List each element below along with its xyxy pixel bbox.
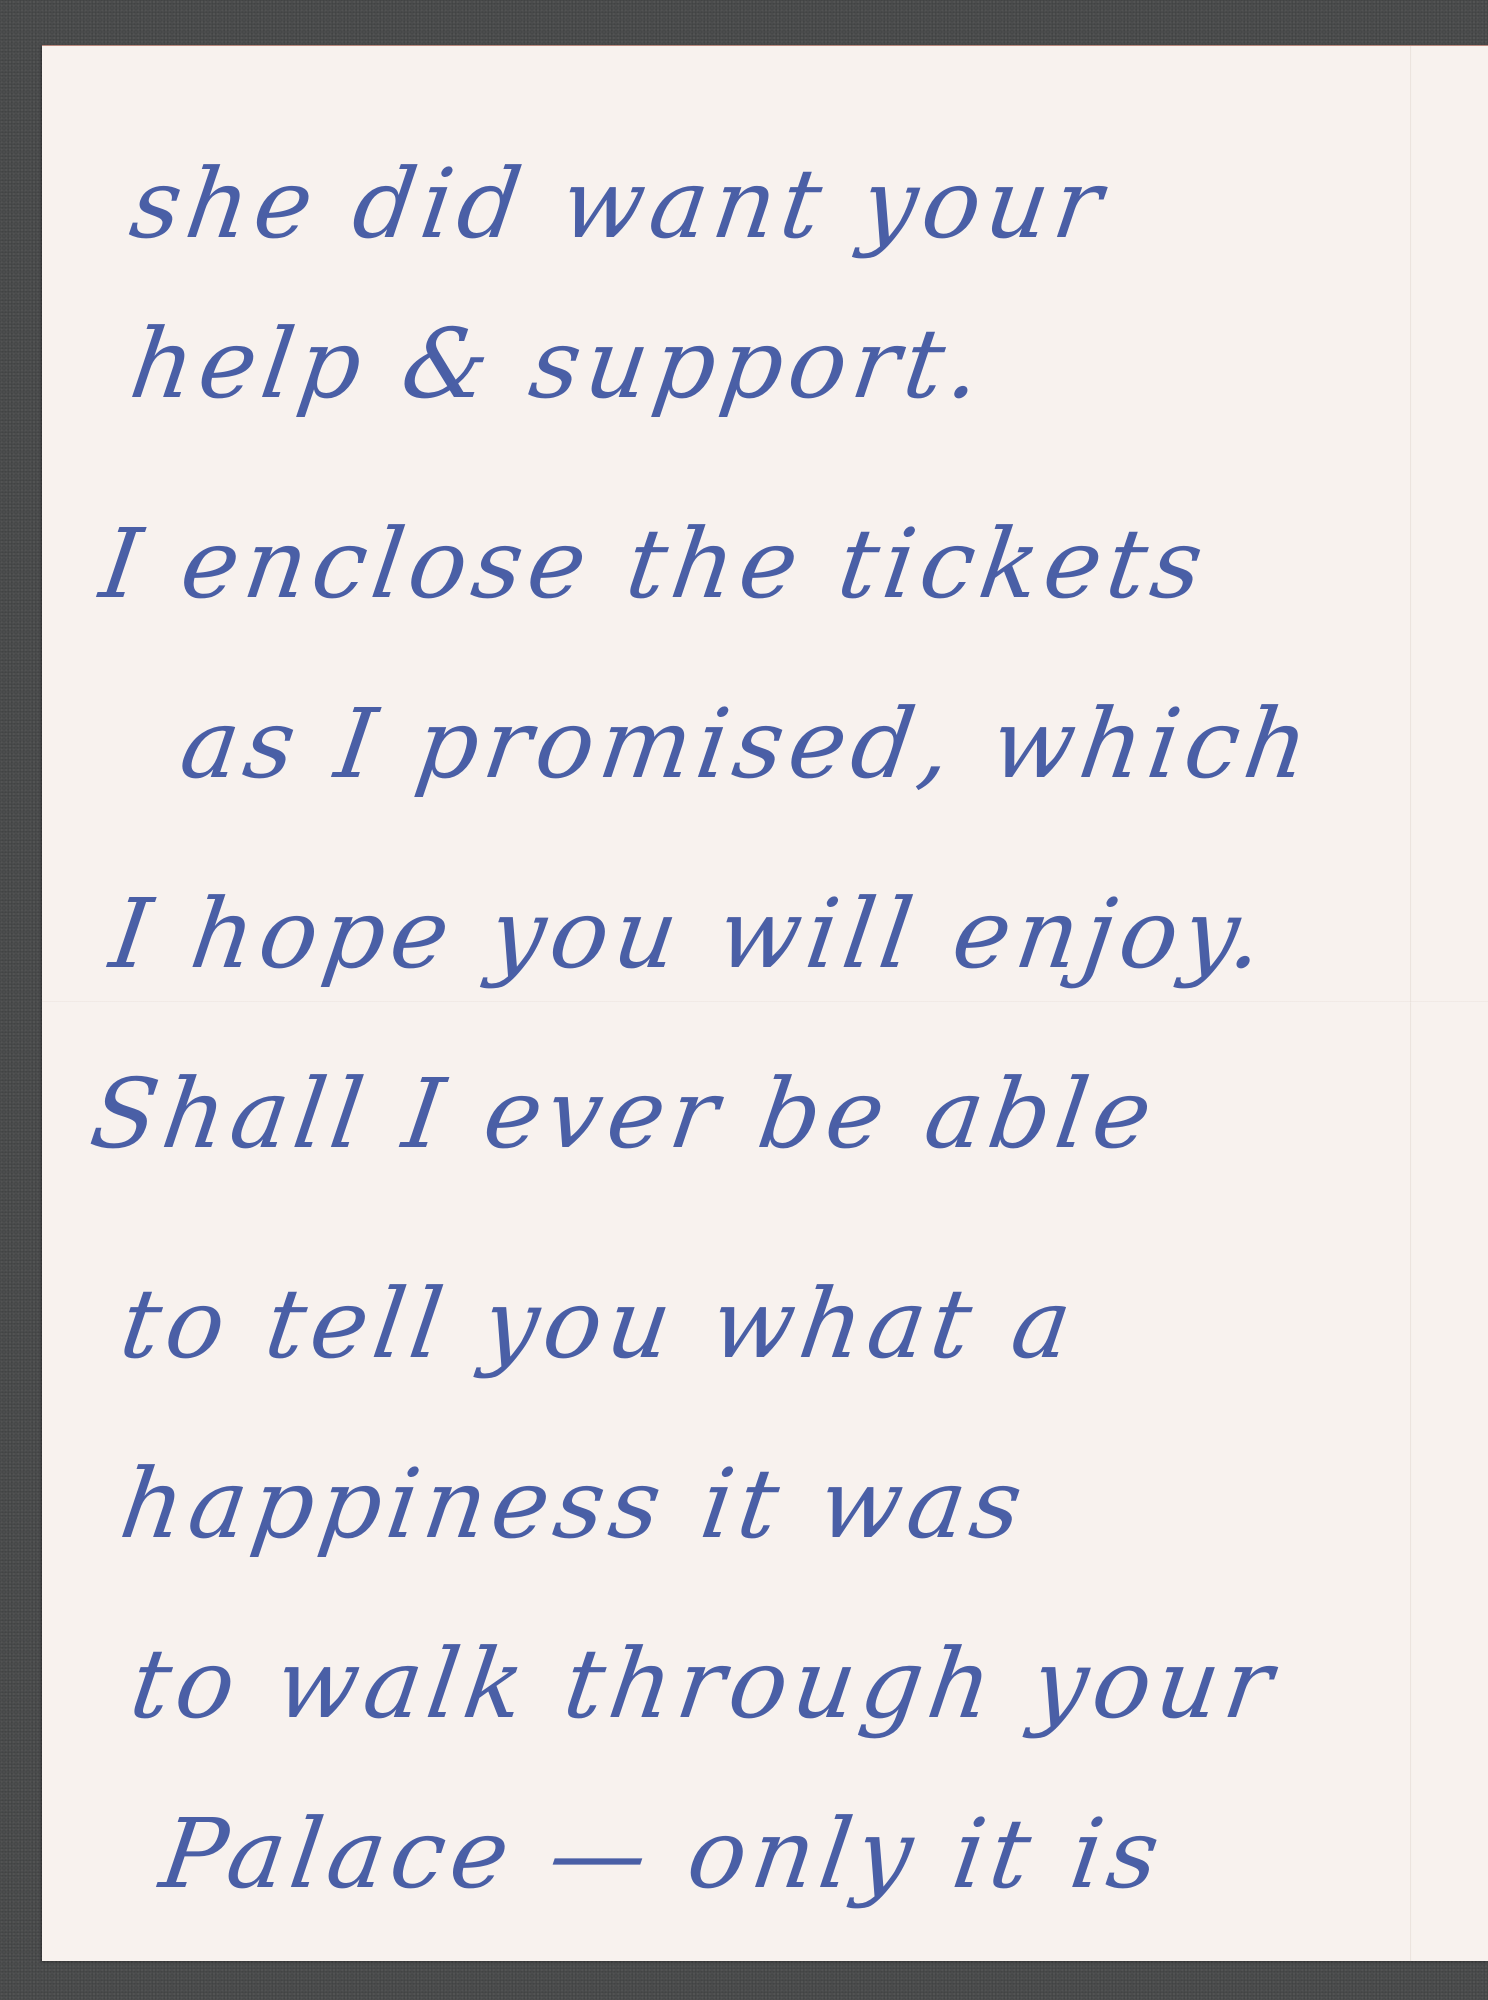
- horizontal-fold-crease: [42, 1001, 1488, 1003]
- handwritten-line-6: Shall I ever be able: [85, 1066, 1163, 1162]
- handwritten-line-2: help & support.: [125, 316, 993, 412]
- handwritten-line-3: I enclose the tickets: [95, 516, 1214, 612]
- handwritten-line-9: to walk through your: [125, 1636, 1284, 1732]
- handwritten-line-5: I hope you will enjoy.: [105, 886, 1275, 982]
- handwritten-line-7: to tell you what a: [115, 1276, 1083, 1372]
- handwritten-line-10: Palace — only it is: [155, 1806, 1170, 1902]
- vertical-fold-crease: [1410, 46, 1412, 1961]
- handwritten-line-4: as I promised, which: [175, 696, 1320, 792]
- letter-page: she did want your help & support. I encl…: [42, 45, 1488, 1961]
- handwritten-line-1: she did want your: [125, 156, 1113, 252]
- handwritten-line-8: happiness it was: [115, 1456, 1033, 1552]
